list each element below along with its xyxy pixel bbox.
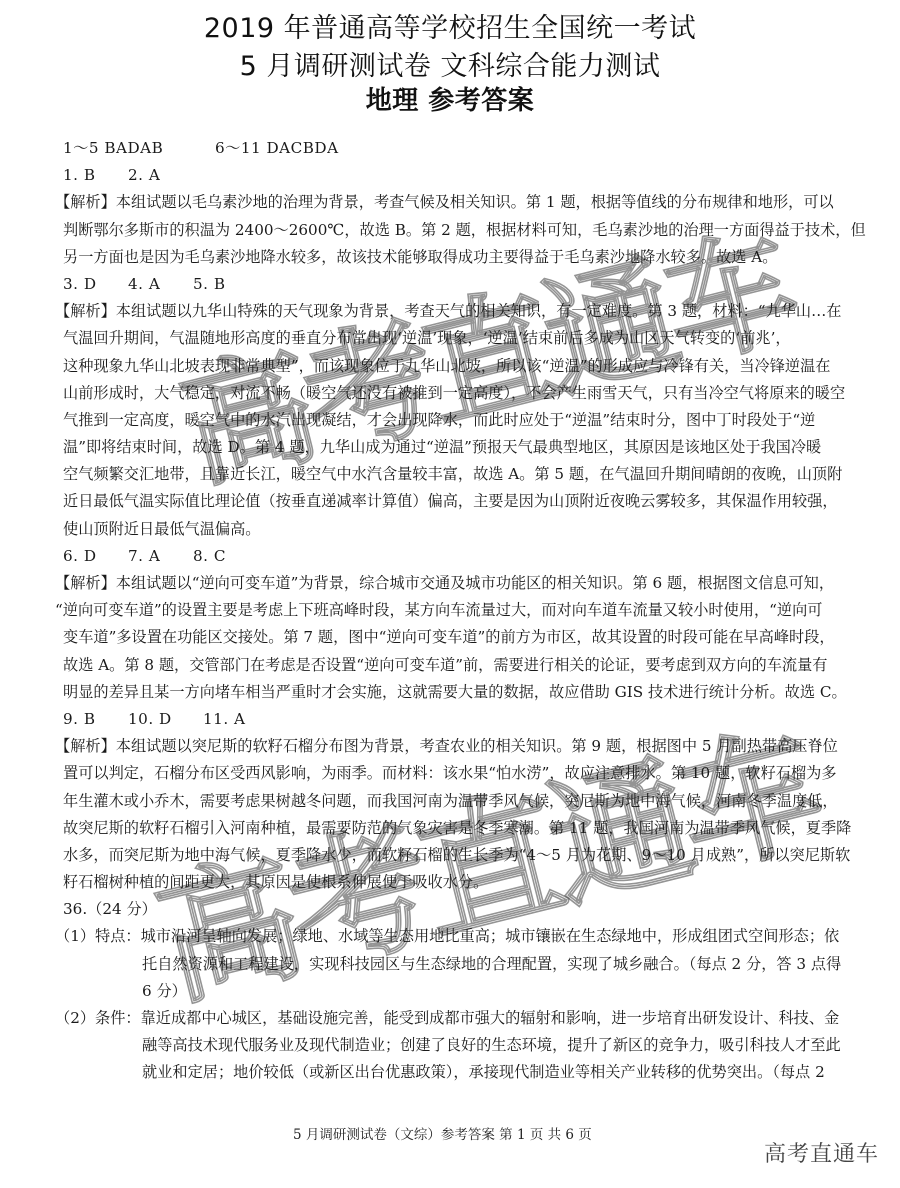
subject-title: 地理 参考答案 [0,80,900,117]
exam-title: 2019 年普通高等学校招生全国统一考试 [0,6,900,45]
analysis-line: 使山顶附近日最低气温偏高。 [63,516,863,543]
q36-part1-line: （1）特点：城市沿河呈轴向发展；绿地、水域等生态用地比重高；城市镶嵌在生态绿地中… [49,923,863,950]
analysis-line: 判断鄂尔多斯市的积温为 2400～2600℃，故选 B。第 2 题，根据材料可知… [63,217,863,244]
analysis-line: 【解析】本组试题以“逆向可变车道”为背景，综合城市交通及城市功能区的相关知识。第… [55,570,863,597]
answer-row: 9. B10. D11. A [63,706,863,733]
analysis-line: “逆向可变车道”的设置主要是考虑上下班高峰时段，某方向车流量过大，而对向车道车流… [55,597,863,624]
answer-summary: 1～5 BADAB6～11 DACBDA [63,135,863,162]
analysis-line: 【解析】本组试题以九华山特殊的天气现象为背景，考查天气的相关知识，有一定难度。第… [55,298,863,325]
answer-item: 1. B [63,162,128,189]
answer-content: 1～5 BADAB6～11 DACBDA 1. B2. A 【解析】本组试题以毛… [63,135,863,1087]
answer-item: 4. A [128,271,193,298]
analysis-line: 【解析】本组试题以突尼斯的软籽石榴分布图为背景，考查农业的相关知识。第 9 题，… [55,733,863,760]
analysis-line: 山前形成时，大气稳定，对流不畅（暖空气还没有被推到一定高度），不会产生雨雪天气，… [63,380,863,407]
answer-item: 3. D [63,271,128,298]
answer-row: 3. D4. A5. B [63,271,863,298]
question-36-heading: 36.（24 分） [63,896,863,923]
analysis-line: 另一方面也是因为毛乌素沙地降水较多，故该技术能够取得成功主要得益于毛乌素沙地降水… [63,244,863,271]
analysis-line: 故选 A。第 8 题，交管部门在考虑是否设置“逆向可变车道”前，需要进行相关的论… [63,652,863,679]
analysis-line: 水多，而突尼斯为地中海气候，夏季降水少，而软籽石榴的生长季为“4～5 月为花期、… [63,842,863,869]
analysis-line: 明显的差异且某一方向堵车相当严重时才会实施，这就需要大量的数据，故应借助 GIS… [63,679,863,706]
answer-item: 10. D [128,706,203,733]
analysis-line: 这种现象九华山北坡表现非常典型”，而该现象位于九华山北坡，所以该“逆温”的形成应… [63,353,863,380]
analysis-line: 空气频繁交汇地带，且靠近长江，暖空气中水汽含量较丰富，故选 A。第 5 题，在气… [63,461,863,488]
analysis-line: 近日最低气温实际值比理论值（按垂直递减率计算值）偏高，主要是因为山顶附近夜晚云雾… [63,488,863,515]
answer-item: 6. D [63,543,128,570]
page-footer: 5 月调研测试卷（文综）参考答案 第 1 页 共 6 页 [293,1123,592,1143]
analysis-line: 故突尼斯的软籽石榴引入河南种植，最需要防范的气象灾害是冬季寒潮。第 11 题，我… [63,815,863,842]
analysis-line: 气推到一定高度，暖空气中的水汽出现凝结，才会出现降水，而此时应处于“逆温”结束时… [63,407,863,434]
answer-item: 2. A [128,162,160,189]
answer-row: 1. B2. A [63,162,863,189]
analysis-line: 【解析】本组试题以毛乌素沙地的治理为背景，考查气候及相关知识。第 1 题，根据等… [55,189,863,216]
q36-part1-line: 6 分） [63,978,863,1005]
answer-item: 11. A [203,706,245,733]
analysis-line: 籽石榴树种植的间距更大，其原因是使根系伸展便于吸收水分。 [63,869,863,896]
q36-part2-line: （2）条件：靠近成都中心城区，基础设施完善，能受到成都市强大的辐射和影响，进一步… [49,1005,863,1032]
answer-row: 6. D7. A8. C [63,543,863,570]
analysis-line: 变车道”多设置在功能区交接处。第 7 题，图中“逆向可变车道”的前方为市区，故其… [63,624,863,651]
analysis-line: 温”即将结束时间，故选 D。第 4 题，九华山成为通过“逆温”预报天气最典型地区… [63,434,863,461]
answer-item: 9. B [63,706,128,733]
q36-part2-line: 就业和定居；地价较低（或新区出台优惠政策），承接现代制造业等相关产业转移的优势突… [63,1059,863,1086]
answer-range-2: 6～11 DACBDA [215,135,339,162]
exam-subtitle: 5 月调研测试卷 文科综合能力测试 [0,44,900,83]
q36-part2-line: 融等高技术现代服务业及现代制造业；创建了良好的生态环境，提升了新区的竞争力，吸引… [63,1032,863,1059]
answer-range-1: 1～5 BADAB [63,135,215,162]
answer-item: 7. A [128,543,193,570]
answer-item: 8. C [193,543,226,570]
analysis-line: 置可以判定，石榴分布区受西风影响，为雨季。而材料：该水果“怕水涝”，故应注意排水… [63,760,863,787]
analysis-line: 年生灌木或小乔木，需要考虑果树越冬问题，而我国河南为温带季风气候，突尼斯为地中海… [63,788,863,815]
analysis-line: 气温回升期间，气温随地形高度的垂直分布常出现‘逆温’现象，‘逆温’结束前后多成为… [63,325,863,352]
answer-item: 5. B [193,271,225,298]
q36-part1-line: 托自然资源和工程建设，实现科技园区与生态绿地的合理配置，实现了城乡融合。（每点 … [63,951,863,978]
brand-logo-text: 高考直通车 [764,1137,879,1168]
